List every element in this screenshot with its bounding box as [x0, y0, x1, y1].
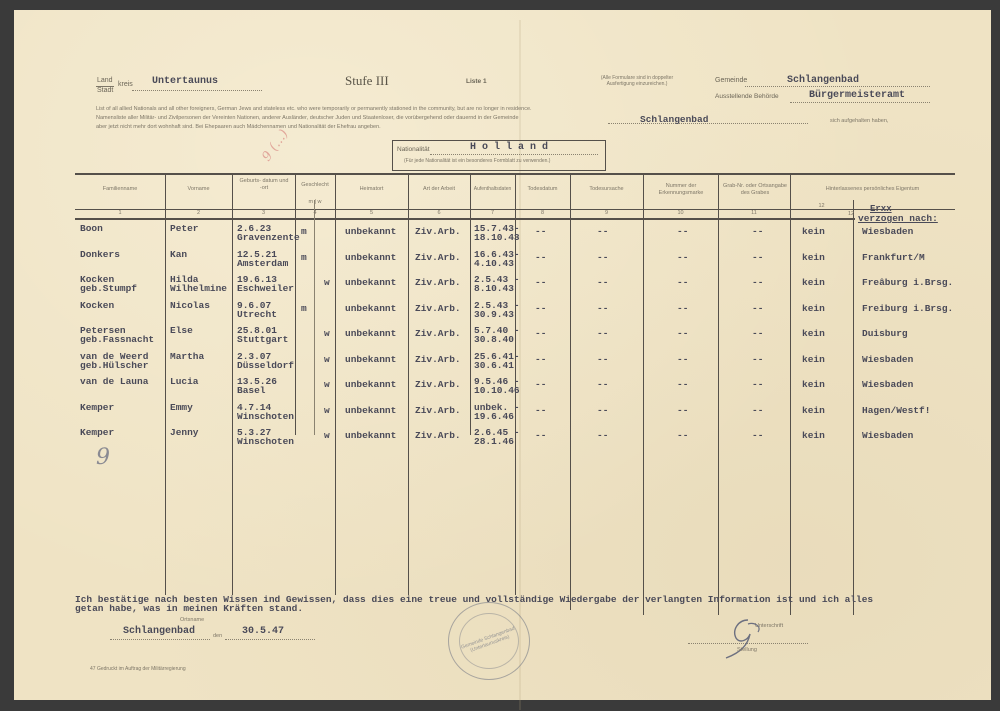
row-home: unbekannt [345, 355, 396, 364]
row-death-cause: -- [597, 253, 608, 262]
row-work: Ziv.Arb. [415, 329, 461, 338]
row-stay-to: 19.6.46 [474, 412, 514, 421]
row-birth-place: Amsterdam [237, 259, 288, 268]
row-birth-place: Eschweiler [237, 284, 294, 293]
row-death-date: -- [535, 406, 546, 415]
behoerde-line [790, 102, 930, 103]
row-death-cause: -- [597, 329, 608, 338]
row-death-cause: -- [597, 227, 608, 236]
col-divider-10 [718, 175, 719, 615]
col-num-1: 1 [75, 210, 165, 216]
row-property: kein [802, 431, 825, 440]
page-fold [519, 20, 521, 710]
row-firstname-second: Wilhelmine [170, 284, 227, 293]
row-sex: w [324, 329, 330, 338]
row-grave: -- [752, 406, 763, 415]
col-num-2: 2 [165, 210, 232, 216]
behoerde-label: Ausstellende Behörde [715, 93, 779, 100]
row-stay-to: 8.10.43 [474, 284, 514, 293]
row-firstname: Emmy [170, 403, 193, 412]
row-property: kein [802, 253, 825, 262]
row-stay-to: 30.6.41 [474, 361, 514, 370]
row-surname-maiden: geb.Stumpf [80, 284, 137, 293]
row-moved-to: Freâburg i.Brsg. [862, 278, 953, 287]
col-header-surname: Familienname [75, 186, 165, 193]
row-birth-place: Utrecht [237, 310, 277, 319]
row-firstname: Martha [170, 352, 204, 361]
row-property: kein [802, 227, 825, 236]
signature-icon [718, 616, 768, 660]
place-value: Schlangenbad [123, 626, 195, 637]
instruction-german-line2: aber jetzt nicht mehr dort wohnhaft sind… [96, 124, 381, 130]
row-property: kein [802, 278, 825, 287]
col-divider-12 [853, 200, 854, 615]
row-surname: Boon [80, 224, 103, 233]
col-divider-5 [408, 175, 409, 595]
row-tag-number: -- [677, 253, 688, 262]
row-tag-number: -- [677, 431, 688, 440]
row-moved-to: Freiburg i.Brsg. [862, 304, 953, 313]
row-death-date: -- [535, 431, 546, 440]
row-death-date: -- [535, 253, 546, 262]
row-death-cause: -- [597, 304, 608, 313]
row-work: Ziv.Arb. [415, 227, 461, 236]
row-grave: -- [752, 227, 763, 236]
col-header-stay: Aufenthaltsdaten [470, 186, 515, 193]
row-firstname: Else [170, 326, 193, 335]
row-death-date: -- [535, 278, 546, 287]
row-sex: w [324, 431, 330, 440]
row-work: Ziv.Arb. [415, 406, 461, 415]
ort-label: Ortsname [180, 617, 204, 623]
row-birth-place: Düsseldorf [237, 361, 294, 370]
row-work: Ziv.Arb. [415, 431, 461, 440]
row-stay-to: 10.10.46 [474, 386, 520, 395]
col-num-9: 9 [570, 210, 643, 216]
row-sex: m [301, 304, 307, 313]
declaration-line-2: getan habe, was in meinen Kräften stand. [75, 604, 303, 613]
col-divider-8 [570, 175, 571, 610]
row-grave: -- [752, 355, 763, 364]
row-tag-number: -- [677, 227, 688, 236]
row-moved-to: Hagen/Westf! [862, 406, 930, 415]
col-num-12a: 12 [790, 203, 853, 209]
official-stamp: Gemeinde Schlangenbad (Untertaunuskreis) [448, 602, 530, 680]
print-note: 47 Gedruckt im Auftrag der Militärregier… [90, 666, 186, 672]
col-divider-11 [790, 175, 791, 615]
row-firstname: Jenny [170, 428, 199, 437]
row-sex: w [324, 380, 330, 389]
date-value: 30.5.47 [242, 626, 284, 637]
row-home: unbekannt [345, 278, 396, 287]
row-work: Ziv.Arb. [415, 355, 461, 364]
gemeinde-line [745, 86, 930, 87]
kreis-line [132, 90, 262, 91]
row-birth-place: Stuttgart [237, 335, 288, 344]
place-line [110, 639, 210, 640]
col-divider-2 [232, 175, 233, 595]
row-birth-place: Basel [237, 386, 266, 395]
row-death-cause: -- [597, 406, 608, 415]
row-surname: van de Launa [80, 377, 148, 386]
row-death-cause: -- [597, 355, 608, 364]
row-home: unbekannt [345, 380, 396, 389]
col-header-sex: Geschlecht [295, 182, 335, 189]
liste-label: Liste 1 [466, 78, 487, 85]
instruction-german-end: sich aufgehalten haben, [830, 118, 888, 124]
row-death-date: -- [535, 355, 546, 364]
col-header-death-cause: Todesursache [570, 186, 643, 193]
date-line [225, 639, 315, 640]
row-stay-to: 30.8.40 [474, 335, 514, 344]
handwritten-count: 9 [96, 445, 110, 470]
col-num-11: 11 [718, 210, 790, 216]
row-home: unbekannt [345, 431, 396, 440]
row-surname: Kocken [80, 301, 114, 310]
row-surname: Kemper [80, 428, 114, 437]
row-work: Ziv.Arb. [415, 278, 461, 287]
row-death-date: -- [535, 329, 546, 338]
row-grave: -- [752, 329, 763, 338]
col-num-6: 6 [408, 210, 470, 216]
col-header-birth: Geburts- datum und -ort [239, 178, 289, 192]
col-num-4: 4 [295, 210, 335, 216]
row-sex: w [324, 355, 330, 364]
row-property: kein [802, 329, 825, 338]
kreis-label: kreis [118, 81, 133, 88]
land-label: Land [97, 77, 113, 84]
row-firstname: Lucia [170, 377, 199, 386]
stufe-title: Stufe III [345, 73, 389, 89]
row-stay-to: 18.10.43 [474, 233, 520, 242]
col-header-grave: Grab-Nr. oder Ortsangabe des Grabes [722, 183, 788, 197]
row-sex: m [301, 227, 307, 236]
row-work: Ziv.Arb. [415, 304, 461, 313]
row-death-date: -- [535, 380, 546, 389]
behoerde-value: Bürgermeisteramt [809, 90, 905, 101]
row-stay-to: 4.10.43 [474, 259, 514, 268]
den-label: den [213, 633, 222, 639]
row-home: unbekannt [345, 329, 396, 338]
row-surname-maiden: geb.Fassnacht [80, 335, 154, 344]
gemeinde-value: Schlangenbad [787, 75, 859, 86]
row-property: kein [802, 355, 825, 364]
row-grave: -- [752, 278, 763, 287]
row-home: unbekannt [345, 227, 396, 236]
row-death-cause: -- [597, 278, 608, 287]
row-work: Ziv.Arb. [415, 380, 461, 389]
kreis-value: Untertaunus [152, 76, 218, 87]
row-firstname: Nicolas [170, 301, 210, 310]
row-firstname: Peter [170, 224, 199, 233]
row-home: unbekannt [345, 253, 396, 262]
row-surname: Kemper [80, 403, 114, 412]
row-tag-number: -- [677, 380, 688, 389]
row-home: unbekannt [345, 406, 396, 415]
col-divider-1 [165, 175, 166, 595]
row-sex: m [301, 253, 307, 262]
row-tag-number: -- [677, 406, 688, 415]
gemeinde-label: Gemeinde [715, 77, 747, 84]
nationality-note: (Für jede Nationalität ist ein besondere… [404, 158, 550, 164]
row-birth-place: Winschoten [237, 437, 294, 446]
row-stay-to: 30.9.43 [474, 310, 514, 319]
row-work: Ziv.Arb. [415, 253, 461, 262]
row-tag-number: -- [677, 355, 688, 364]
col-num-12b: 12 [846, 211, 856, 217]
row-surname: Donkers [80, 250, 120, 259]
row-sex: w [324, 406, 330, 415]
row-grave: -- [752, 304, 763, 313]
row-stay-to: 28.1.46 [474, 437, 514, 446]
row-property: kein [802, 380, 825, 389]
col-divider-4 [335, 175, 336, 595]
nationality-value: H o l l a n d [470, 142, 548, 153]
col-num-3: 3 [232, 210, 295, 216]
row-property: kein [802, 406, 825, 415]
nationality-line [430, 154, 598, 155]
col-header-tag-number: Nummer der Erkennungsmarke [648, 183, 714, 197]
row-birth-place: Gravenzente [237, 233, 300, 242]
row-moved-to: Wiesbaden [862, 380, 913, 389]
instruction-english: List of all allied Nationals and all oth… [96, 106, 532, 112]
col-header-firstname: Vorname [165, 186, 232, 193]
row-death-cause: -- [597, 380, 608, 389]
nationality-label: Nationalität [397, 146, 430, 153]
signature-label-bottom: Stellung [737, 647, 757, 653]
table-numrow-bottom [75, 218, 855, 220]
row-surname-maiden: geb.Hülscher [80, 361, 148, 370]
row-moved-to: Wiesbaden [862, 227, 913, 236]
row-firstname: Kan [170, 250, 187, 259]
row-grave: -- [752, 253, 763, 262]
row-tag-number: -- [677, 278, 688, 287]
row-tag-number: -- [677, 329, 688, 338]
instruction-german-line1: Namensliste aller Militär- und Zivilpers… [96, 115, 519, 121]
col-header-work: Art der Arbeit [408, 186, 470, 193]
col-header-property: Hinterlassenes persönliches Eigentum [790, 186, 955, 193]
row-moved-to: Wiesbaden [862, 431, 913, 440]
row-property: kein [802, 304, 825, 313]
row-grave: -- [752, 431, 763, 440]
col-divider-4-sub [314, 200, 315, 435]
col-divider-9 [643, 175, 644, 615]
row-death-date: -- [535, 304, 546, 313]
row-death-cause: -- [597, 431, 608, 440]
row-moved-to: Frankfurt/M [862, 253, 925, 262]
row-sex: w [324, 278, 330, 287]
row-moved-to: Wiesbaden [862, 355, 913, 364]
stadt-label: Stadt [97, 87, 113, 94]
row-death-date: -- [535, 227, 546, 236]
col-num-7: 7 [470, 210, 515, 216]
row-moved-to: Duisburg [862, 329, 908, 338]
row-home: unbekannt [345, 304, 396, 313]
col-num-5: 5 [335, 210, 408, 216]
row-grave: -- [752, 380, 763, 389]
col-num-10: 10 [643, 210, 718, 216]
col12-moved-to-note: verzogen nach: [858, 214, 938, 223]
col-header-death-date: Todesdatum [515, 186, 570, 193]
col-num-8: 8 [515, 210, 570, 216]
col-header-home: Heimatort [335, 186, 408, 193]
note-copies: (Alle Formulare sind in doppelter Ausfer… [592, 75, 682, 87]
row-birth-place: Winschoten [237, 412, 294, 421]
col-header-sex-sub: m | w [295, 199, 335, 206]
row-tag-number: -- [677, 304, 688, 313]
instruction-gemeinde-value: Schlangenbad [640, 115, 708, 124]
